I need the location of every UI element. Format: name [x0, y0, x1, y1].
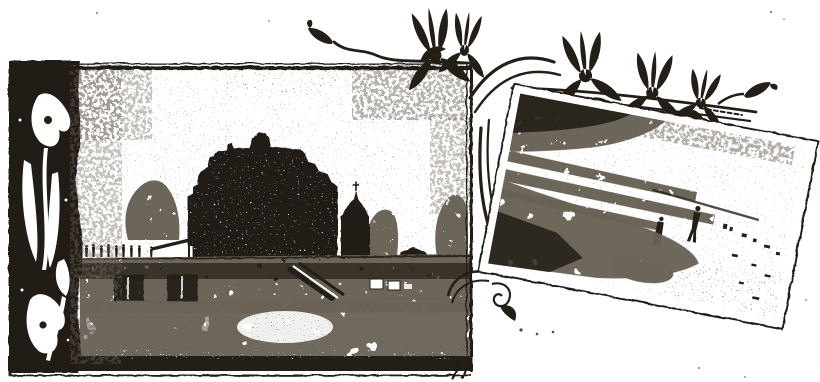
frame-left	[8, 62, 11, 374]
sand-speckle	[240, 313, 335, 343]
frame-right-thick	[469, 63, 472, 371]
frame-right-thin	[466, 64, 467, 357]
flourish-leaf	[500, 305, 516, 321]
flower-bud	[302, 19, 336, 49]
collage-svg	[0, 0, 820, 382]
lily-border-panel	[8, 60, 122, 372]
frame-top-thin	[8, 63, 472, 64]
hut-gap	[180, 276, 182, 298]
scanned-postcard-collage	[0, 0, 820, 382]
left-photo	[8, 60, 472, 378]
bud-stem	[718, 94, 744, 104]
speckle-patch-topmid	[225, 68, 337, 96]
frame-bottom-thin	[8, 374, 470, 376]
lily-panel-fade	[70, 64, 122, 364]
flower-bud	[742, 78, 779, 102]
right-photo-image	[488, 94, 807, 318]
frame-top-thick	[8, 66, 472, 70]
right-photo	[478, 83, 818, 328]
hotel-windows	[190, 152, 336, 270]
hut-gap	[126, 276, 128, 298]
